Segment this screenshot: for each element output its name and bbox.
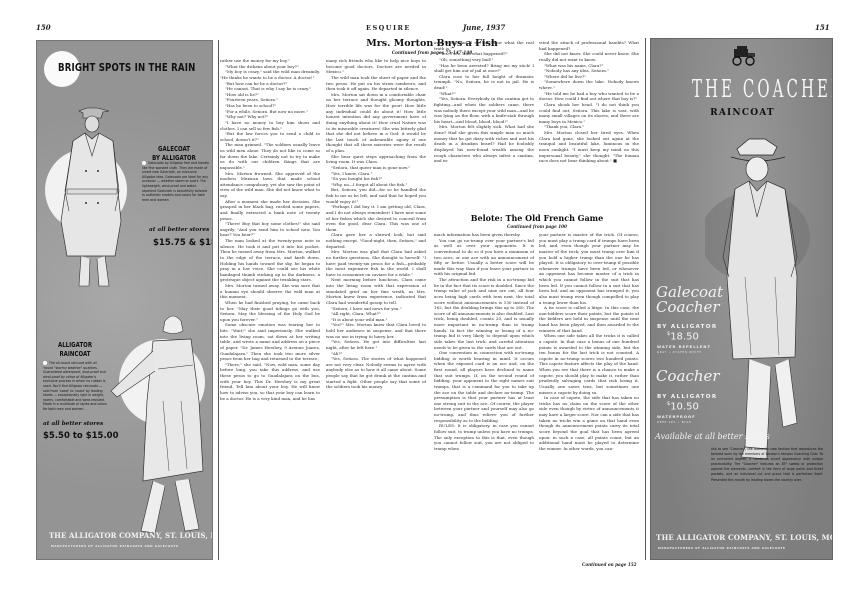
article-column-1: rather use the money for my boy.""What t… xyxy=(220,58,320,558)
right-manufacturer-tagline: MANUFACTURERS OF ALLIGATOR RAINCOATS AND… xyxy=(658,546,786,550)
right-company-name: THE ALLIGATOR COMPANY, ST. LOUIS, MO. xyxy=(656,533,833,542)
manufacturer-tagline: MANUFACTURERS OF ALLIGATOR RAINCOATS AND… xyxy=(51,544,179,548)
availability-tagline: Available at all better stores xyxy=(655,432,770,441)
coacher-raincoat-ad: THE COACHER RAINCOAT Galecoat Coacher BY… xyxy=(650,38,833,560)
raincoat-product-name: ALLIGATOR RAINCOAT xyxy=(45,341,105,358)
coacher-script-title: Coacher xyxy=(656,369,720,384)
coacher-description: Ask to see "Coacher", the authentic new … xyxy=(711,447,823,483)
belote-column-1: much information has been given thereby.… xyxy=(434,232,534,558)
article-column-2: many rich friends who like to help nice … xyxy=(326,58,426,558)
ad-headline: BRIGHT SPOTS IN THE RAIN xyxy=(58,62,195,74)
galecoat-script-title: Galecoat Coacher xyxy=(656,285,723,315)
belote-article-title: Belote: The Old French Game xyxy=(434,213,640,223)
belote-column-2: your partner is master of the trick. Of … xyxy=(539,232,639,558)
galecoat-colors: GRAY • OYSTER WHITE xyxy=(657,351,702,354)
coacher-colors: DEEP SEA • BLUE xyxy=(657,421,692,424)
coacher-price: $10.50 xyxy=(667,401,699,412)
galecoat-description: Galecoats by Alligator feel and handle l… xyxy=(142,161,210,202)
page-number-right: 151 xyxy=(815,23,830,32)
raincoat-stores-tagline: at all better stores xyxy=(43,421,103,427)
page-number-left: 150 xyxy=(36,23,51,32)
bullet-icon xyxy=(142,161,146,165)
alligator-galecoat-ad: BRIGHT SPOTS IN THE RAIN GALECOAT BY ALL… xyxy=(36,40,213,560)
column-rule-right xyxy=(645,38,646,560)
man-in-galecoat-illustration xyxy=(43,81,143,291)
galecoat-coacher-price: $18.50 xyxy=(667,331,699,342)
article-column-4: vited the attack of professional bandits… xyxy=(539,40,639,197)
ad-title: THE COACHER xyxy=(692,75,793,103)
woman-in-raincoat-illustration xyxy=(103,281,213,541)
stagecoach-icon xyxy=(729,45,757,67)
raincoat-description: The all-round raincoat with all 'round "… xyxy=(43,361,107,412)
continued-on-link: Continued on page 152 xyxy=(582,562,637,567)
issue-date: June, 1937 xyxy=(463,23,505,32)
column-rule xyxy=(218,40,219,560)
galecoat-price: $15.75 & $18.50 xyxy=(153,238,213,248)
coacher-by-alligator: BY ALLIGATOR xyxy=(657,394,717,400)
masthead: ESQUIRE xyxy=(366,24,411,32)
raincoat-price: $5.50 to $15.00 xyxy=(43,431,119,441)
belote-continued-from: Continued from page 100 xyxy=(434,224,640,229)
bullet-icon xyxy=(43,361,47,365)
coacher-feature: WATERPROOF xyxy=(657,415,696,419)
galecoat-by-alligator: BY ALLIGATOR xyxy=(657,324,717,330)
galecoat-stores-tagline: at all better stores xyxy=(149,227,209,233)
ad-subtitle: RAINCOAT xyxy=(651,108,833,118)
company-name: THE ALLIGATOR COMPANY, ST. LOUIS, MO. xyxy=(49,531,213,540)
galecoat-feature: WATER REPELLENT xyxy=(657,345,711,349)
article-column-3: away from him. I do not know what the re… xyxy=(434,40,534,197)
